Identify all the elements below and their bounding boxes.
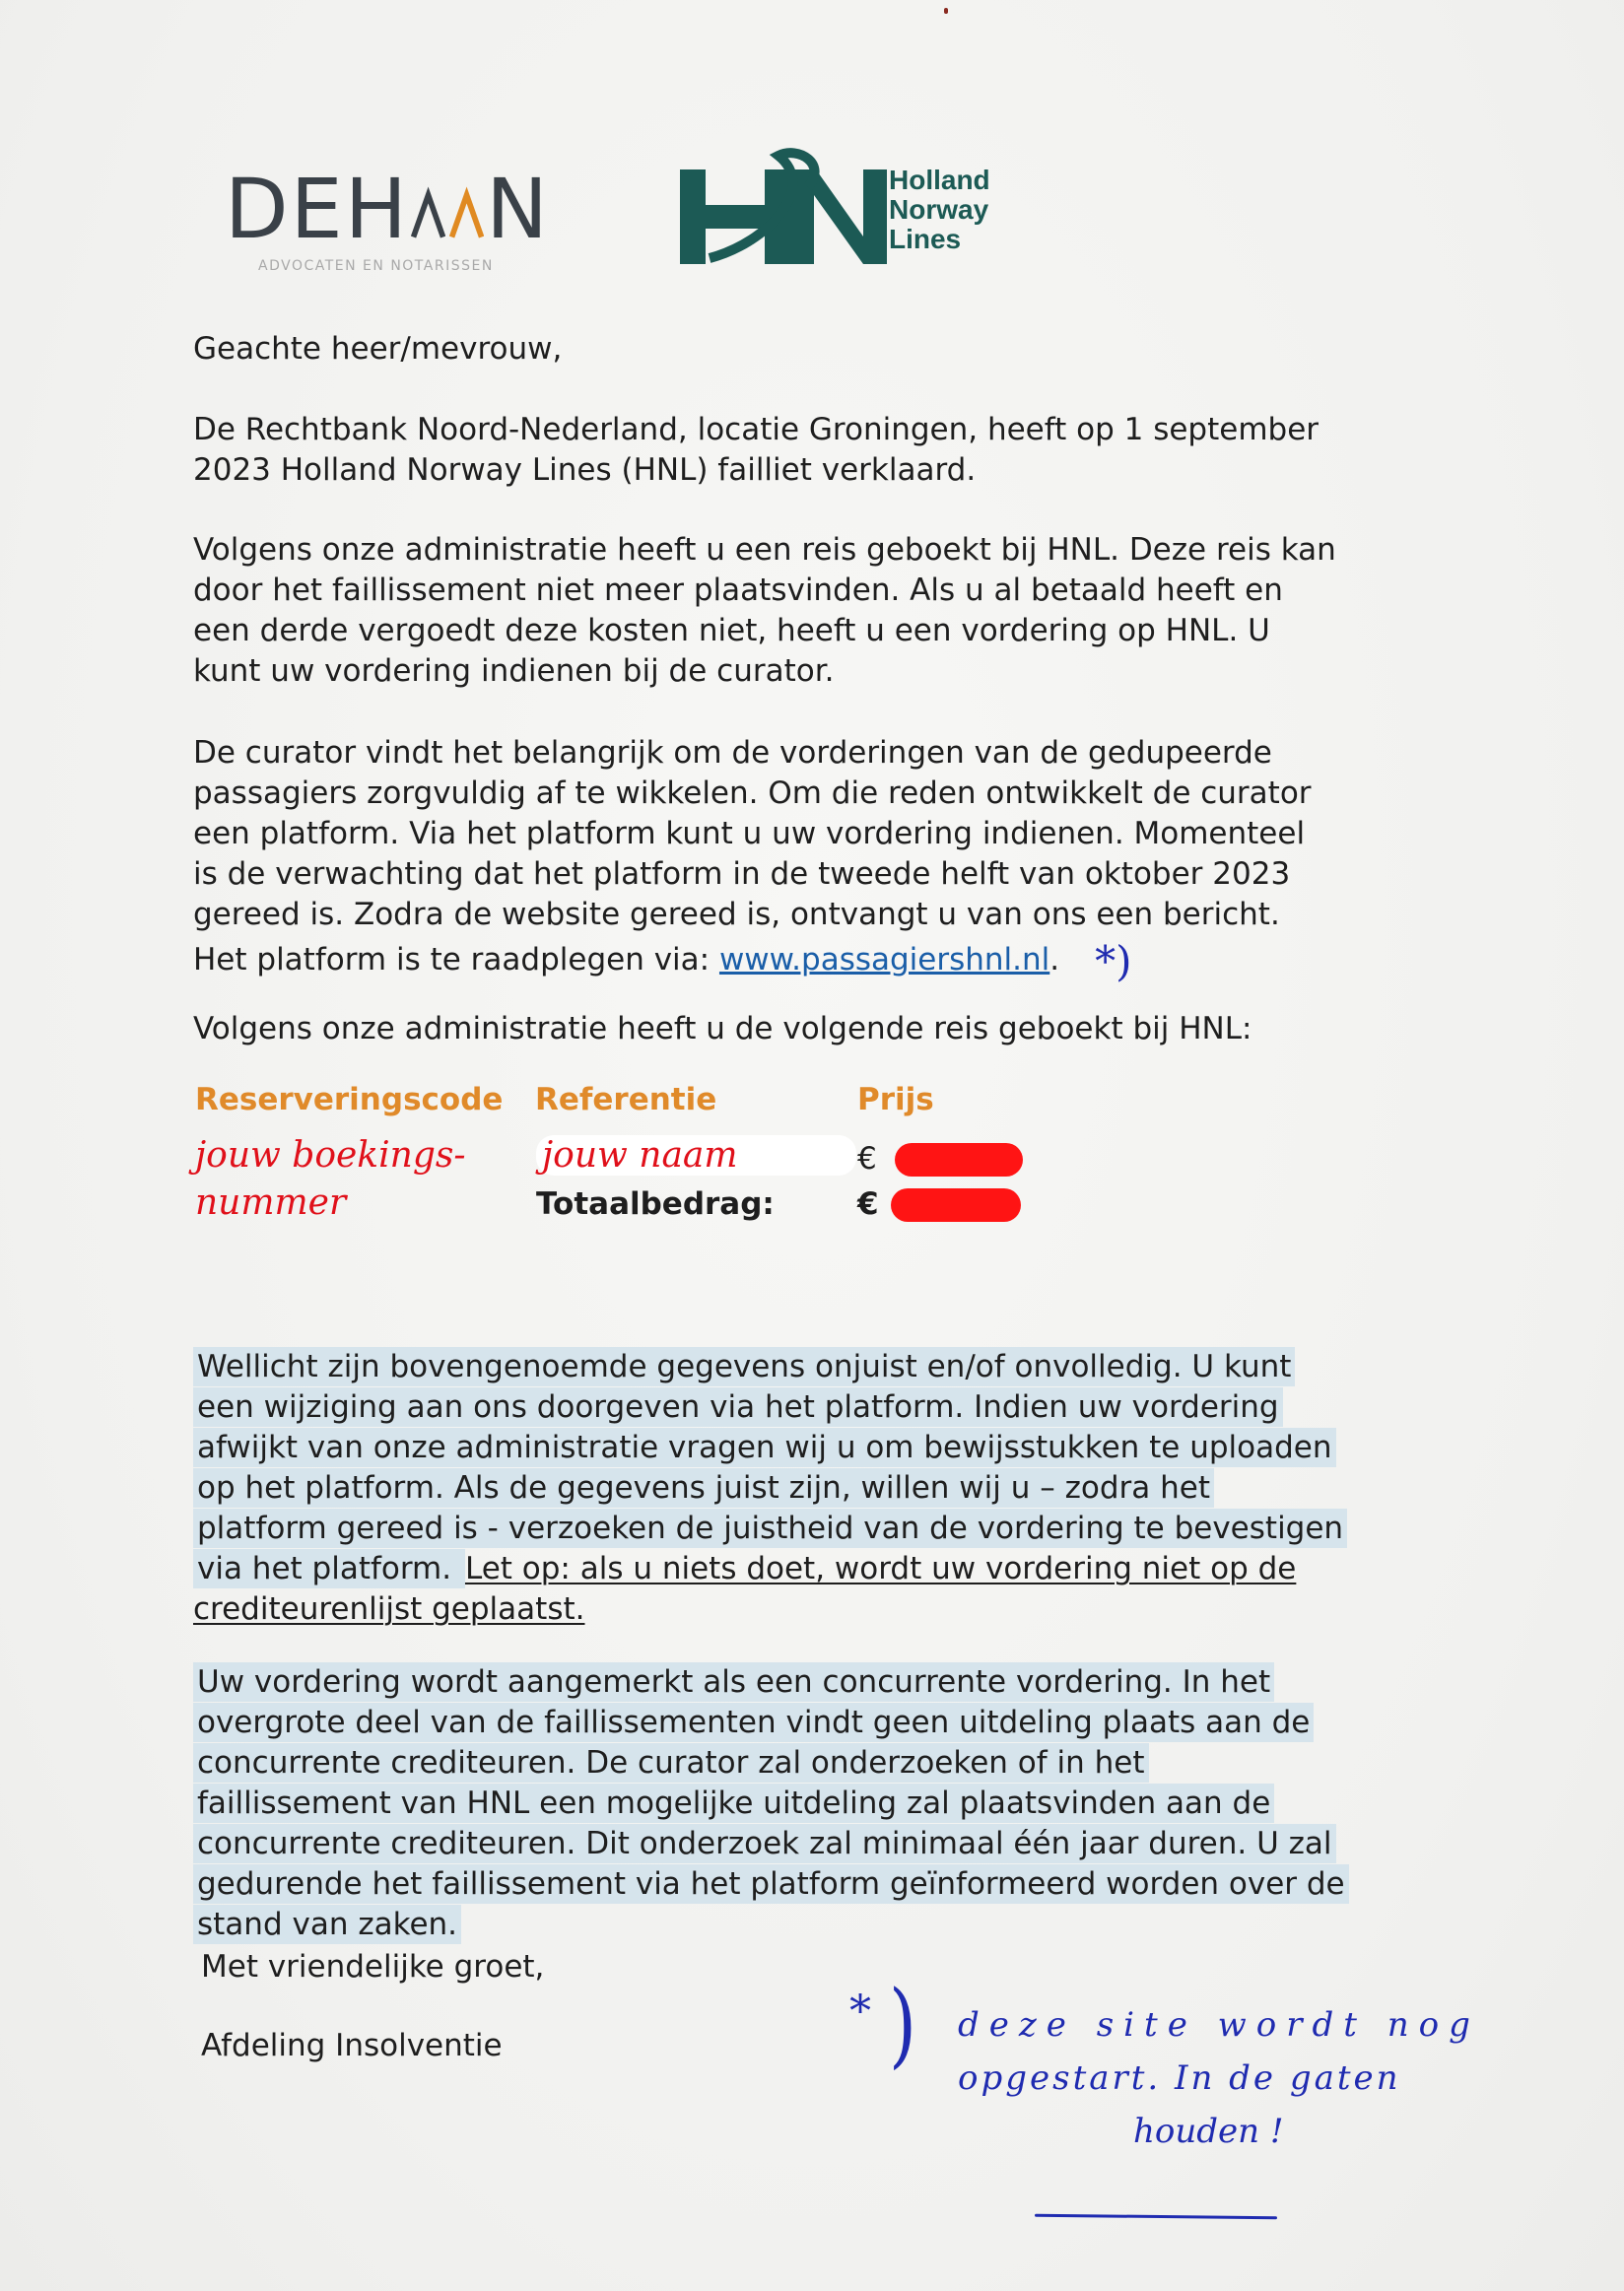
handwritten-line-2: opgestart. In de gaten bbox=[958, 2052, 1480, 2105]
handwritten-line-3: houden ! bbox=[958, 2105, 1480, 2158]
closing-greeting: Met vriendelijke groet, bbox=[201, 1949, 544, 1985]
hnl-mark-icon bbox=[680, 148, 887, 266]
correction-paragraph: Wellicht zijn bovengenoemde gegevens onj… bbox=[193, 1307, 1464, 1630]
dehaan-a-grey-icon bbox=[411, 179, 445, 250]
hnl-line-norway: Norway bbox=[889, 195, 990, 225]
dehaan-letters-left: DEH bbox=[225, 168, 409, 250]
dehaan-letters-right: N bbox=[486, 168, 550, 250]
curator-text: De curator vindt het belangrijk om de vo… bbox=[193, 733, 1312, 935]
handwritten-paren: ) bbox=[889, 1970, 916, 2077]
handwritten-asterisk-mark: *) bbox=[1095, 937, 1131, 985]
handwritten-asterisk-icon: * bbox=[849, 1987, 871, 2037]
platform-link[interactable]: www.passagiershnl.nl bbox=[719, 942, 1049, 977]
hnl-logo: Holland Norway Lines bbox=[680, 148, 1015, 266]
intro-paragraph: De Rechtbank Noord-Nederland, locatie Gr… bbox=[193, 410, 1319, 491]
handwritten-line-1: deze site wordt nog bbox=[958, 1998, 1480, 2052]
total-label: Totaalbedrag: bbox=[536, 1186, 775, 1222]
dehaan-wordmark: DEH N bbox=[225, 168, 550, 250]
curator-paragraph: De curator vindt het belangrijk om de vo… bbox=[193, 733, 1312, 980]
dehaan-a-orange-icon bbox=[449, 179, 484, 250]
closing-department: Afdeling Insolventie bbox=[201, 2028, 503, 2063]
handwritten-text: deze site wordt nog opgestart. In de gat… bbox=[958, 1998, 1480, 2158]
reservation-code-line1: jouw boekings- bbox=[195, 1135, 466, 1176]
header-price: Prijs bbox=[857, 1082, 934, 1117]
total-redaction bbox=[891, 1188, 1021, 1222]
hnl-line-lines: Lines bbox=[889, 225, 990, 254]
concurrent-claim-text: Uw vordering wordt aangemerkt als een co… bbox=[193, 1662, 1349, 1944]
platform-suffix: . bbox=[1049, 942, 1059, 977]
header-reservation-code: Reserveringscode bbox=[195, 1082, 503, 1117]
booking-paragraph: Volgens onze administratie heeft u een r… bbox=[193, 530, 1336, 692]
paper-speck bbox=[944, 8, 948, 14]
concurrent-claim-paragraph: Uw vordering wordt aangemerkt als een co… bbox=[193, 1622, 1464, 1945]
header-reference: Referentie bbox=[535, 1082, 716, 1117]
price-currency: € bbox=[857, 1141, 877, 1177]
hnl-line-holland: Holland bbox=[889, 166, 990, 195]
dehaan-tagline: Advocaten en notarissen bbox=[258, 258, 550, 274]
handwritten-note: * ) deze site wordt nog opgestart. In de… bbox=[849, 1987, 1460, 2243]
price-redaction bbox=[895, 1143, 1023, 1177]
handwritten-underline bbox=[1035, 2214, 1277, 2220]
reference-value: jouw naam bbox=[536, 1135, 856, 1176]
trip-intro: Volgens onze administratie heeft u de vo… bbox=[193, 1009, 1252, 1049]
booking-table: Reserveringscode Referentie Prijs jouw b… bbox=[195, 1082, 1082, 1230]
dehaan-logo: DEH N Advocaten en notarissen bbox=[225, 168, 550, 274]
reservation-code-line2: nummer bbox=[195, 1182, 346, 1223]
total-currency: € bbox=[857, 1186, 879, 1222]
platform-prefix: Het platform is te raadplegen via: bbox=[193, 942, 719, 977]
salutation: Geachte heer/mevrouw, bbox=[193, 329, 562, 370]
hnl-wordmark: Holland Norway Lines bbox=[889, 166, 990, 254]
